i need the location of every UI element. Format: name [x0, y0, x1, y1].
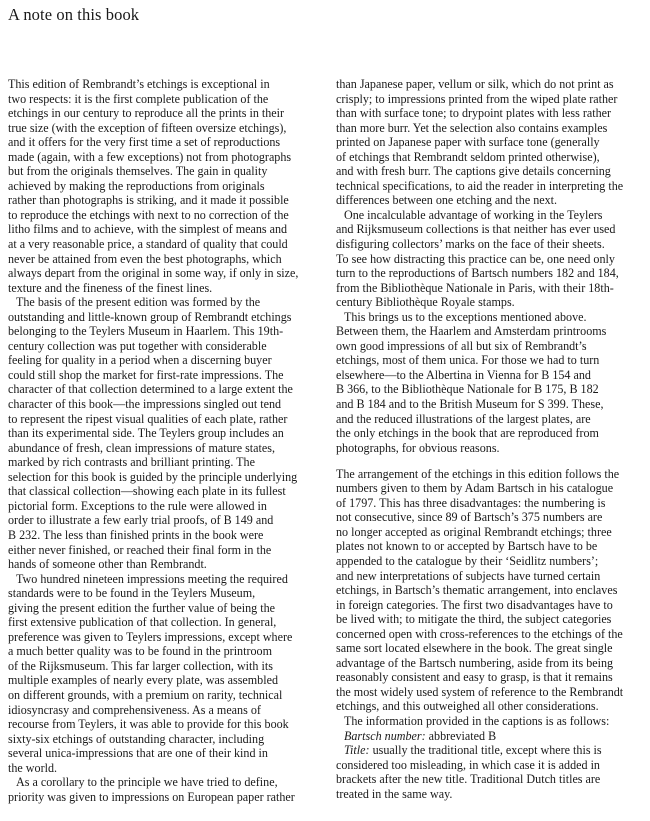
caption-label: Title: [344, 743, 370, 757]
text-line: concerned open with cross-references to … [336, 627, 650, 642]
text-line: rather than photographs is striking, and… [8, 193, 326, 208]
text-line: texture and the fineness of the finest l… [8, 281, 326, 296]
text-line: abundance of fresh, clean impressions of… [8, 441, 326, 456]
caption-value: usually the traditional title, except wh… [370, 743, 602, 757]
text-line: the most widely used system of reference… [336, 685, 650, 700]
text-line: of the Rijksmuseum. This far larger coll… [8, 659, 326, 674]
text-line: two respects: it is the first complete p… [8, 92, 326, 107]
text-line: from the Bibliothèque Nationale in Paris… [336, 281, 650, 296]
text-line: marked by rich contrasts and brilliant p… [8, 455, 326, 470]
text-line: printed on Japanese paper with surface t… [336, 135, 650, 150]
text-line: numbers given to them by Adam Bartsch in… [336, 481, 650, 496]
text-line: achieved by making the reproductions fro… [8, 179, 326, 194]
text-line: and B 184 and to the British Museum for … [336, 397, 650, 412]
text-line: disfiguring collectors’ marks on the fac… [336, 237, 650, 252]
text-line: advantage of the Bartsch numbering, asid… [336, 656, 650, 671]
text-line: elsewhere—to the Albertina in Vienna for… [336, 368, 650, 383]
text-line: This edition of Rembrandt’s etchings is … [8, 77, 326, 92]
caption-list: Bartsch number: abbreviated B Title: usu… [336, 729, 650, 802]
text-line: to represent the ripest visual qualities… [8, 412, 326, 427]
text-line: than more burr. Yet the selection also c… [336, 121, 650, 136]
paragraph-start-line: As a corollary to the principle we have … [8, 775, 326, 790]
text-line: and the reduced illustrations of the lar… [336, 412, 650, 427]
paragraph-start-line: Two hundred nineteen impressions meeting… [8, 572, 326, 587]
caption-item-bartsch: Bartsch number: abbreviated B [336, 729, 650, 744]
text-line: technical specifications, to aid the rea… [336, 179, 650, 194]
text-line: and new interpretations of subjects have… [336, 569, 650, 584]
text-line: sixty-six etchings of outstanding charac… [8, 732, 326, 747]
text-line: considered too misleading, in which case… [336, 758, 650, 773]
text-line: recourse from Teylers, it was able to pr… [8, 717, 326, 732]
text-line: multiple examples of nearly every plate,… [8, 673, 326, 688]
text-line: made (again, with a few exceptions) not … [8, 150, 326, 165]
text-line: plates not known to or accepted by Barts… [336, 539, 650, 554]
text-line: of etchings that Rembrandt seldom printe… [336, 150, 650, 165]
text-line: outstanding and little-known group of Re… [8, 310, 326, 325]
right-column: than Japanese paper, vellum or silk, whi… [336, 77, 650, 801]
text-line: The arrangement of the etchings in this … [336, 467, 650, 482]
text-line: etchings, most of them unica. For those … [336, 353, 650, 368]
text-line: in foreign categories. The first two dis… [336, 598, 650, 613]
text-line: litho films and to achieve, with the sim… [8, 222, 326, 237]
text-line: etchings, and this outweighed all other … [336, 699, 650, 714]
text-line: and Rijksmuseum collections is that neit… [336, 222, 650, 237]
paragraph-start-line: The information provided in the captions… [336, 714, 650, 729]
text-line: character of that collection determined … [8, 382, 326, 397]
text-line: treated in the same way. [336, 787, 650, 802]
text-line: that classical collection—showing each p… [8, 484, 326, 499]
text-line: crisply; to impressions printed from the… [336, 92, 650, 107]
text-line: order to illustrate a few early trial pr… [8, 513, 326, 528]
paragraph-start-line: One incalculable advantage of working in… [336, 208, 650, 223]
text-line: could still shop the market for first-ra… [8, 368, 326, 383]
text-line: preference was given to Teylers impressi… [8, 630, 326, 645]
text-line: century Bibliothèque Royale stamps. [336, 295, 650, 310]
text-line: selection for this book is guided by the… [8, 470, 326, 485]
text-line: never be attained from even the best pho… [8, 252, 326, 267]
text-line: first extensive publication of that coll… [8, 615, 326, 630]
text-line: and it offers for the very first time a … [8, 135, 326, 150]
text-line: on different grounds, with a premium on … [8, 688, 326, 703]
text-line: etchings in our century to reproduce all… [8, 106, 326, 121]
text-line: at a very reasonable price, a standard o… [8, 237, 326, 252]
text-line: either never finished, or reached their … [8, 543, 326, 558]
text-line: appended to the catalogue by their ‘Seid… [336, 554, 650, 569]
text-line: brackets after the new title. Traditiona… [336, 772, 650, 787]
text-line: own good impressions of all but six of R… [336, 339, 650, 354]
caption-value: abbreviated B [426, 729, 497, 743]
text-line: belonging to the Teylers Museum in Haarl… [8, 324, 326, 339]
caption-item-title: Title: usually the traditional title, ex… [336, 743, 650, 758]
text-line: same sort located elsewhere in the book.… [336, 641, 650, 656]
text-line: hands of someone other than Rembrandt. [8, 557, 326, 572]
text-line: than with surface tone; to drypoint plat… [336, 106, 650, 121]
text-line: B 366, to the Bibliothèque Nationale for… [336, 382, 650, 397]
text-line: of 1797. This has three disadvantages: t… [336, 496, 650, 511]
text-line: etchings, in Bartsch’s thematic arrangem… [336, 583, 650, 598]
text-line: a much better quality was to be found in… [8, 644, 326, 659]
paragraph-start-line: This brings us to the exceptions mention… [336, 310, 650, 325]
text-line: than its experimental side. The Teylers … [8, 426, 326, 441]
text-line: feeling for quality in a period when a d… [8, 353, 326, 368]
text-line: the only etchings in the book that are r… [336, 426, 650, 441]
text-line: always depart from the original in some … [8, 266, 326, 281]
text-line: B 232. The less than finished prints in … [8, 528, 326, 543]
text-line: giving the present edition the further v… [8, 601, 326, 616]
text-line: differences between one etching and the … [336, 193, 650, 208]
text-line: century collection was put together with… [8, 339, 326, 354]
text-line: no longer accepted as original Rembrandt… [336, 525, 650, 540]
caption-label: Bartsch number: [344, 729, 426, 743]
text-line: standards were to be found in the Teyler… [8, 586, 326, 601]
text-line: but from the originals themselves. The g… [8, 164, 326, 179]
text-line: to reproduce the etchings with next to n… [8, 208, 326, 223]
right-section-exceptions: than Japanese paper, vellum or silk, whi… [336, 77, 650, 455]
text-line: the world. [8, 761, 326, 776]
left-column: This edition of Rembrandt’s etchings is … [8, 77, 326, 804]
text-line: several unica-impressions that are one o… [8, 746, 326, 761]
text-line: be lived with; to mitigate the third, th… [336, 612, 650, 627]
paragraph-start-line: The basis of the present edition was for… [8, 295, 326, 310]
text-line: To see how distracting this practice can… [336, 252, 650, 267]
text-line: Between them, the Haarlem and Amsterdam … [336, 324, 650, 339]
text-line: and with fresh burr. The captions give d… [336, 164, 650, 179]
text-line: character of this book—the impressions s… [8, 397, 326, 412]
text-line: pictorial form. Exceptions to the rule w… [8, 499, 326, 514]
right-section-arrangement: The arrangement of the etchings in this … [336, 467, 650, 729]
text-line: true size (with the exception of fifteen… [8, 121, 326, 136]
text-line: reasonably consistent and easy to grasp,… [336, 670, 650, 685]
text-line: than Japanese paper, vellum or silk, whi… [336, 77, 650, 92]
section-gap [336, 455, 650, 467]
text-line: not consecutive, since 89 of Bartsch’s 3… [336, 510, 650, 525]
text-line: idiosyncrasy and comprehensiveness. As a… [8, 703, 326, 718]
page-title: A note on this book [8, 4, 139, 26]
text-line: priority was given to impressions on Eur… [8, 790, 326, 805]
text-line: turn to the reproductions of Bartsch num… [336, 266, 650, 281]
text-line: photographs, for obvious reasons. [336, 441, 650, 456]
